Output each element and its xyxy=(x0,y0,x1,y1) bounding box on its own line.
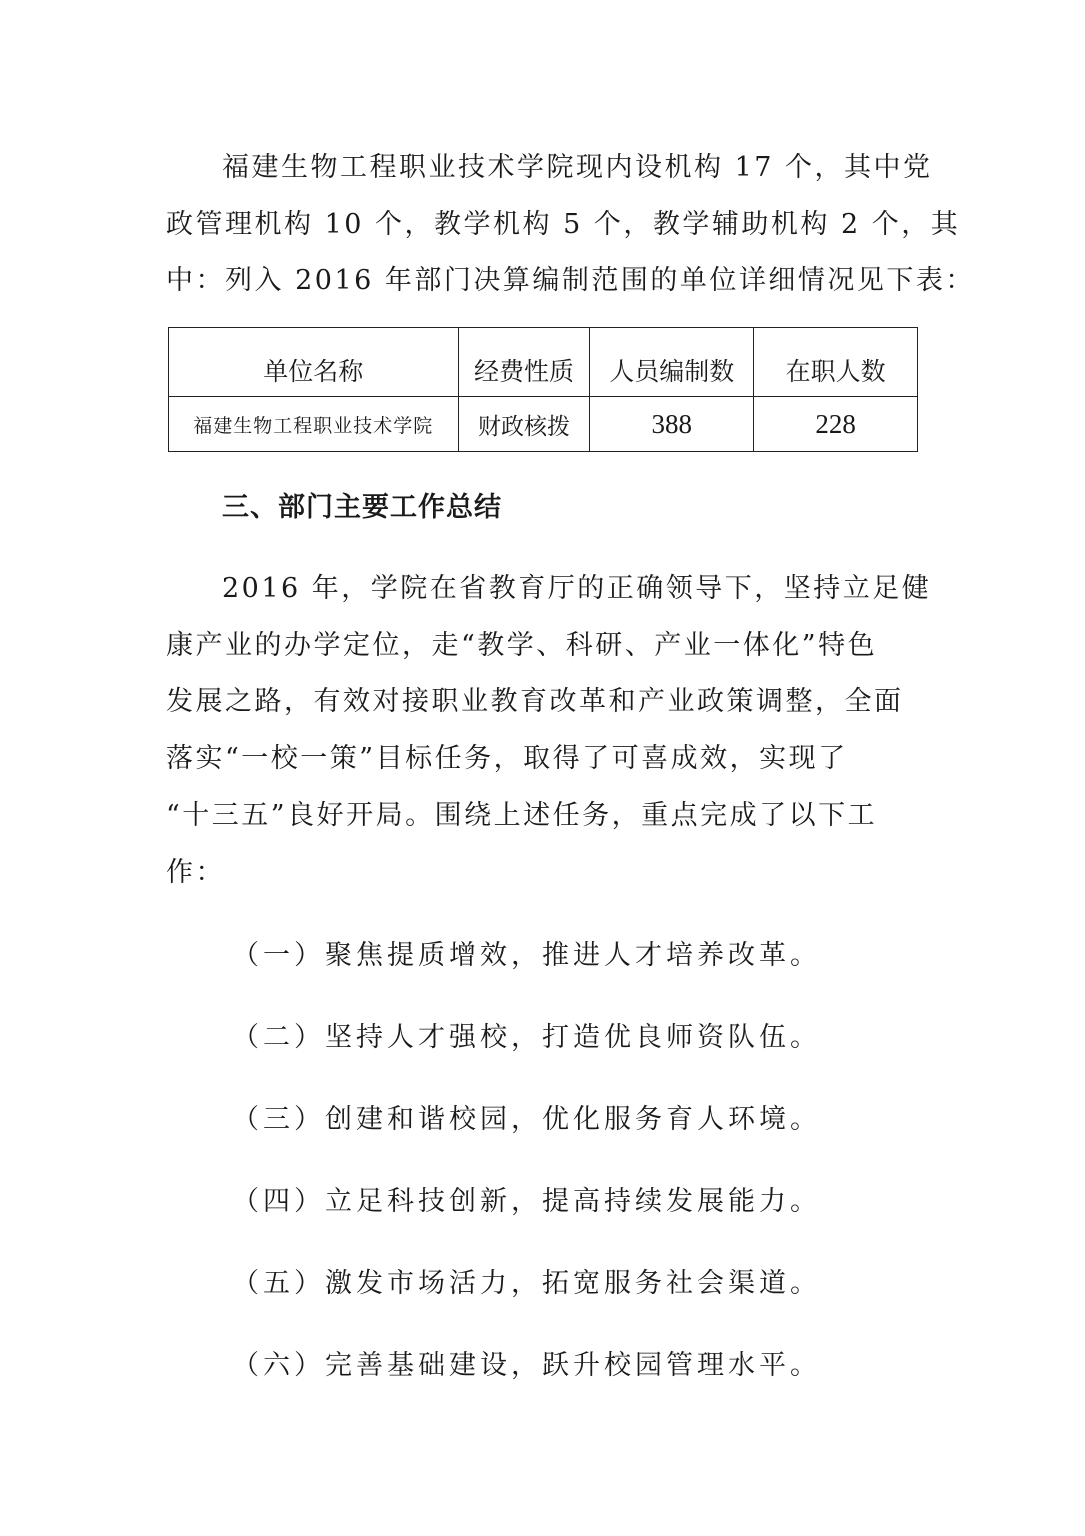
body-line-6: 作： xyxy=(166,857,225,889)
body-line-5: “十三五”良好开局。围绕上述任务，重点完成了以下工 xyxy=(166,800,877,832)
list-item-5: （五）激发市场活力，拓宽服务社会渠道。 xyxy=(232,1268,821,1300)
header-staff-quota: 人员编制数 xyxy=(590,328,754,397)
list-item-1: （一）聚焦提质增效，推进人才培养改革。 xyxy=(232,940,821,972)
body-line-4: 落实“一校一策”目标任务，取得了可喜成效，实现了 xyxy=(166,743,848,775)
intro-line-3: 中：列入 2016 年部门决算编制范围的单位详细情况见下表： xyxy=(166,265,975,297)
intro-line-1: 福建生物工程职业技术学院现内设机构 17 个，其中党 xyxy=(222,152,933,184)
header-staff-on-duty: 在职人数 xyxy=(754,328,918,397)
cell-unit-name: 福建生物工程职业技术学院 xyxy=(169,397,459,452)
list-item-6: （六）完善基础建设，跃升校园管理水平。 xyxy=(232,1350,821,1382)
cell-funding-type: 财政核拨 xyxy=(458,397,590,452)
cell-staff-quota: 388 xyxy=(590,397,754,452)
table-row: 福建生物工程职业技术学院 财政核拨 388 228 xyxy=(169,397,918,452)
units-table: 单位名称 经费性质 人员编制数 在职人数 福建生物工程职业技术学院 财政核拨 3… xyxy=(168,327,918,452)
body-line-1: 2016 年，学院在省教育厅的正确领导下，坚持立足健 xyxy=(222,573,931,605)
header-funding-type: 经费性质 xyxy=(458,328,590,397)
body-line-3: 发展之路，有效对接职业教育改革和产业政策调整，全面 xyxy=(166,686,904,718)
intro-line-2: 政管理机构 10 个，教学机构 5 个，教学辅助机构 2 个，其 xyxy=(166,209,960,241)
list-item-4: （四）立足科技创新，提高持续发展能力。 xyxy=(232,1186,821,1218)
list-item-3: （三）创建和谐校园，优化服务育人环境。 xyxy=(232,1104,821,1136)
table-header-row: 单位名称 经费性质 人员编制数 在职人数 xyxy=(169,328,918,397)
section-heading: 三、部门主要工作总结 xyxy=(222,492,502,524)
list-item-2: （二）坚持人才强校，打造优良师资队伍。 xyxy=(232,1022,821,1054)
cell-staff-on-duty: 228 xyxy=(754,397,918,452)
body-line-2: 康产业的办学定位，走“教学、科研、产业一体化”特色 xyxy=(166,630,877,662)
header-unit-name: 单位名称 xyxy=(169,328,459,397)
